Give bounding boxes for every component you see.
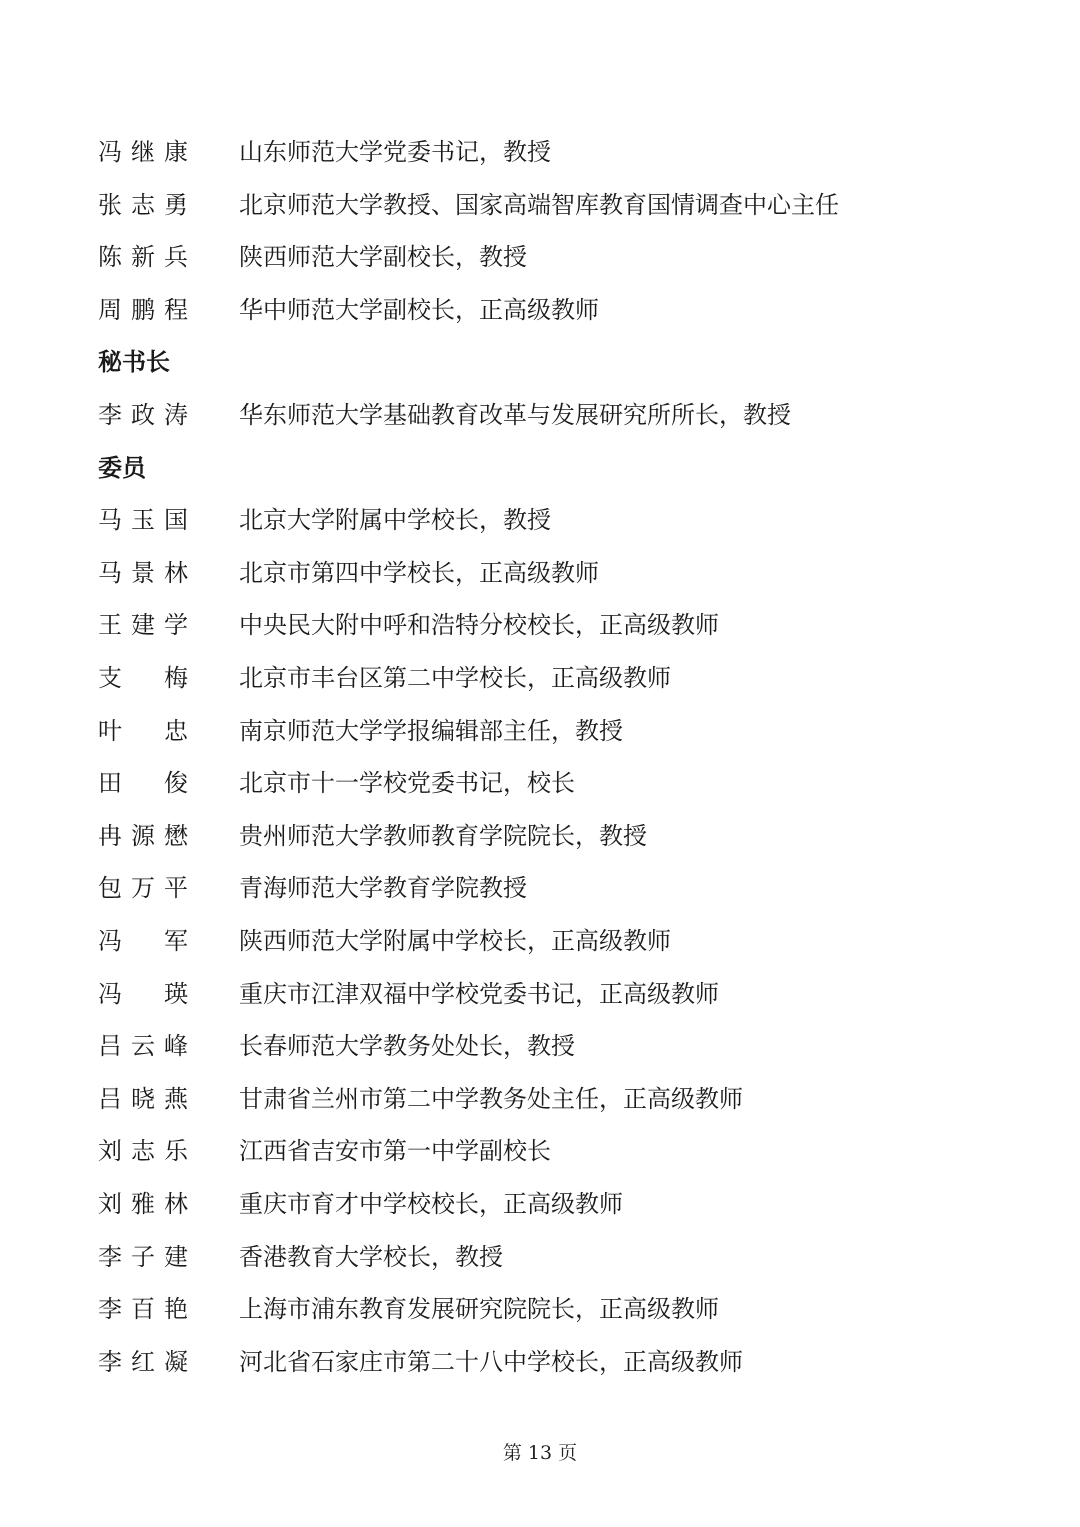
member-title: 陕西师范大学附属中学校长，正高级教师 <box>239 921 671 961</box>
member-title: 陕西师范大学副校长，教授 <box>239 237 527 277</box>
member-name: 刘雅林 <box>98 1184 188 1224</box>
member-title: 北京师范大学教授、国家高端智库教育国情调查中心主任 <box>239 185 839 225</box>
section-heading: 委员 <box>98 448 146 488</box>
member-title: 贵州师范大学教师教育学院院长，教授 <box>239 816 647 856</box>
member-name: 支梅 <box>98 658 188 698</box>
member-name: 吕云峰 <box>98 1026 188 1066</box>
document-page: 冯继康山东师范大学党委书记，教授张志勇北京师范大学教授、国家高端智库教育国情调查… <box>0 0 1080 1527</box>
member-name: 马玉国 <box>98 500 188 540</box>
member-title: 山东师范大学党委书记，教授 <box>239 132 551 172</box>
member-title: 北京大学附属中学校长，教授 <box>239 500 551 540</box>
member-title: 北京市丰台区第二中学校长，正高级教师 <box>239 658 671 698</box>
member-name: 周鹏程 <box>98 290 188 330</box>
member-name: 吕晓燕 <box>98 1079 188 1119</box>
member-title: 甘肃省兰州市第二中学教务处主任，正高级教师 <box>239 1079 743 1119</box>
member-title: 青海师范大学教育学院教授 <box>239 868 527 908</box>
member-title: 江西省吉安市第一中学副校长 <box>239 1131 551 1171</box>
member-name: 冯军 <box>98 921 188 961</box>
member-name: 陈新兵 <box>98 237 188 277</box>
member-name: 马景林 <box>98 553 188 593</box>
member-title: 重庆市育才中学校校长，正高级教师 <box>239 1184 623 1224</box>
member-name: 冯继康 <box>98 132 188 172</box>
member-title: 华中师范大学副校长，正高级教师 <box>239 290 599 330</box>
member-title: 长春师范大学教务处处长，教授 <box>239 1026 575 1066</box>
page-number: 第 13 页 <box>0 1438 1080 1465</box>
member-name: 田俊 <box>98 763 188 803</box>
section-heading: 秘书长 <box>98 342 170 382</box>
member-name: 冯瑛 <box>98 974 188 1014</box>
member-name: 刘志乐 <box>98 1131 188 1171</box>
member-title: 中央民大附中呼和浩特分校校长，正高级教师 <box>239 605 719 645</box>
member-name: 李政涛 <box>98 395 188 435</box>
member-title: 华东师范大学基础教育改革与发展研究所所长，教授 <box>239 395 791 435</box>
member-name: 冉源懋 <box>98 816 188 856</box>
member-title: 南京师范大学学报编辑部主任，教授 <box>239 711 623 751</box>
member-title: 重庆市江津双福中学校党委书记，正高级教师 <box>239 974 719 1014</box>
member-name: 王建学 <box>98 605 188 645</box>
member-title: 河北省石家庄市第二十八中学校长，正高级教师 <box>239 1342 743 1382</box>
member-name: 李百艳 <box>98 1289 188 1329</box>
member-name: 李子建 <box>98 1237 188 1277</box>
member-title: 香港教育大学校长，教授 <box>239 1237 503 1277</box>
member-title: 北京市第四中学校长，正高级教师 <box>239 553 599 593</box>
member-name: 张志勇 <box>98 185 188 225</box>
member-title: 上海市浦东教育发展研究院院长，正高级教师 <box>239 1289 719 1329</box>
member-name: 叶忠 <box>98 711 188 751</box>
member-name: 包万平 <box>98 868 188 908</box>
member-name: 李红凝 <box>98 1342 188 1382</box>
member-title: 北京市十一学校党委书记，校长 <box>239 763 575 803</box>
